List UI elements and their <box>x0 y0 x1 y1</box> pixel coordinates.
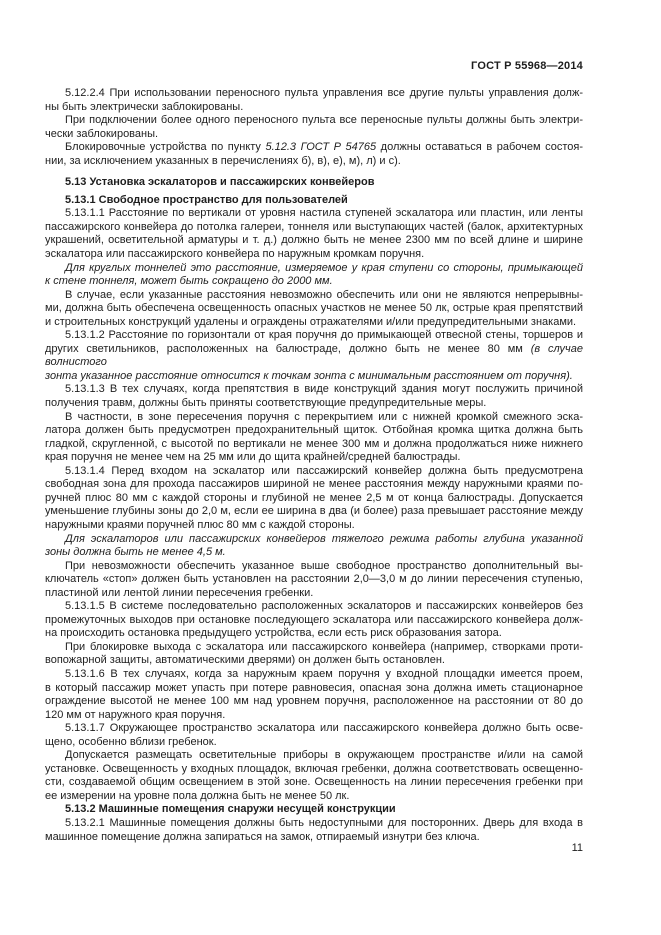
text-line: ми, должна быть обеспечена освещенность … <box>45 302 583 316</box>
text-line: 5.13.1 Свободное пространство для пользо… <box>45 194 583 208</box>
paragraph: В частности, в зоне пересечения поручня … <box>45 411 583 465</box>
text-line: зонта указанное расстояние относится к т… <box>45 370 583 384</box>
text-line: сти, создаваемой общим освещением в этой… <box>45 776 583 790</box>
text-line: 5.13.1.3 В тех случаях, когда препятстви… <box>45 383 583 397</box>
paragraph: 5.13.1.3 В тех случаях, когда препятстви… <box>45 383 583 410</box>
text-line: 5.13.1.5 В системе последовательно распо… <box>45 600 583 614</box>
paragraph: Допускается размещать осветительные приб… <box>45 749 583 803</box>
text-line: пассажирского конвейера до потолка галер… <box>45 221 583 235</box>
text-line: уменьшение глубины зоны до 2,0 м, если е… <box>45 505 583 519</box>
paragraph: В случае, если указанные расстояния нево… <box>45 289 583 330</box>
paragraph: При невозможности обеспечить указанное в… <box>45 560 583 601</box>
text-line: При блокировке выхода с эскалатора или п… <box>45 641 583 655</box>
document-body: 5.12.2.4 При использовании переносного п… <box>45 87 583 844</box>
text-line: щено, особенно вблизи гребенок. <box>45 736 583 750</box>
text-line: 5.13.1.7 Окружающее пространство эскалат… <box>45 722 583 736</box>
paragraph: 5.12.2.4 При использовании переносного п… <box>45 87 583 114</box>
text-line: пластиной или лентой линии пересечения г… <box>45 587 583 601</box>
text-line: 5.13 Установка эскалаторов и пассажирски… <box>45 176 583 190</box>
text-line: 5.13.1.2 Расстояние по горизонтали от кр… <box>45 329 583 343</box>
text-line: эскалатора или пассажирского конвейера п… <box>45 248 583 262</box>
text-line: латора должен быть предусмотрен предохра… <box>45 424 583 438</box>
text-line: При невозможности обеспечить указанное в… <box>45 560 583 574</box>
section-heading: 5.13.2 Машинные помещения снаружи несуще… <box>45 803 583 817</box>
text-line: зоны должна быть не менее 4,5 м. <box>45 546 583 560</box>
text-line: свободная зона для прохода пассажиров ши… <box>45 478 583 492</box>
paragraph: 5.13.1.5 В системе последовательно распо… <box>45 600 583 641</box>
paragraph: 5.13.1.1 Расстояние по вертикали от уров… <box>45 207 583 261</box>
text-line: края поручня не менее чем на 25 мм или д… <box>45 451 583 465</box>
text-line: 5.13.1.6 В тех случаях, когда за наружны… <box>45 668 583 682</box>
text-line: промежуточных выходов при остановке посл… <box>45 614 583 628</box>
text-line: вопожарной защиты, автоматическими дверя… <box>45 654 583 668</box>
paragraph: Блокировочные устройства по пункту 5.12.… <box>45 141 583 168</box>
text-line: Для круглых тоннелей это расстояние, изм… <box>45 262 583 276</box>
text-line: Допускается размещать осветительные приб… <box>45 749 583 763</box>
section-heading: 5.13.1 Свободное пространство для пользо… <box>45 194 583 208</box>
text-line: Для эскалаторов или пассажирских конвейе… <box>45 533 583 547</box>
paragraph: При блокировке выхода с эскалатора или п… <box>45 641 583 668</box>
note-paragraph: Для круглых тоннелей это расстояние, изм… <box>45 262 583 289</box>
text-line: гладкой, скругленной, с высотой по верти… <box>45 438 583 452</box>
paragraph: При подключении более одного переносного… <box>45 114 583 141</box>
text-line: к стене тоннеля, может быть сокращено до… <box>45 275 583 289</box>
text-line: в который пассажир может упасть при поте… <box>45 682 583 696</box>
text-line: 5.13.2.1 Машинные помещения должны быть … <box>45 817 583 831</box>
text-line: украшений, осветительной арматуры и т. д… <box>45 234 583 248</box>
text-line: 5.13.1.1 Расстояние по вертикали от уров… <box>45 207 583 221</box>
text-line: 120 мм от наружного края поручня. <box>45 709 583 723</box>
paragraph: 5.13.1.6 В тех случаях, когда за наружны… <box>45 668 583 722</box>
text-line: ее измерении на уровне пола должна быть … <box>45 790 583 804</box>
text-line: и строительных конструкций удалены и огр… <box>45 316 583 330</box>
text-line: получения травм, должны быть приняты соо… <box>45 397 583 411</box>
section-heading: 5.13 Установка эскалаторов и пассажирски… <box>45 176 583 190</box>
text-line: наружными краями поручней плюс 80 мм с к… <box>45 519 583 533</box>
note-paragraph: Для эскалаторов или пассажирских конвейе… <box>45 533 583 560</box>
text-line: Блокировочные устройства по пункту 5.12.… <box>45 141 583 155</box>
paragraph: 5.13.2.1 Машинные помещения должны быть … <box>45 817 583 844</box>
text-line: В случае, если указанные расстояния нево… <box>45 289 583 303</box>
paragraph: 5.13.1.2 Расстояние по горизонтали от кр… <box>45 329 583 383</box>
paragraph: 5.13.1.4 Перед входом на эскалатор или п… <box>45 465 583 533</box>
text-line: ограждение высотой не менее 100 мм над у… <box>45 695 583 709</box>
page-number: 11 <box>45 842 583 856</box>
running-header-standard-number: ГОСТ Р 55968—2014 <box>45 60 583 74</box>
text-line: ключатель «стоп» должен быть установлен … <box>45 573 583 587</box>
text-line: При подключении более одного переносного… <box>45 114 583 128</box>
text-line: 5.13.1.4 Перед входом на эскалатор или п… <box>45 465 583 479</box>
text-line: чески заблокированы. <box>45 128 583 142</box>
text-line: нии, за исключением указанных в перечисл… <box>45 155 583 169</box>
text-line: В частности, в зоне пересечения поручня … <box>45 411 583 425</box>
text-line: 5.12.2.4 При использовании переносного п… <box>45 87 583 101</box>
text-line: 5.13.2 Машинные помещения снаружи несуще… <box>45 803 583 817</box>
text-line: на происходить остановка предыдущего уст… <box>45 627 583 641</box>
text-line: установке. Освещенность у входных площад… <box>45 763 583 777</box>
paragraph: 5.13.1.7 Окружающее пространство эскалат… <box>45 722 583 749</box>
text-line: других светильников, расположенных на ба… <box>45 343 583 370</box>
text-line: ручней плюс 80 мм с каждой стороны и глу… <box>45 492 583 506</box>
document-page: ГОСТ Р 55968—2014 5.12.2.4 При использов… <box>0 0 661 935</box>
text-line: ны быть электрически заблокированы. <box>45 101 583 115</box>
